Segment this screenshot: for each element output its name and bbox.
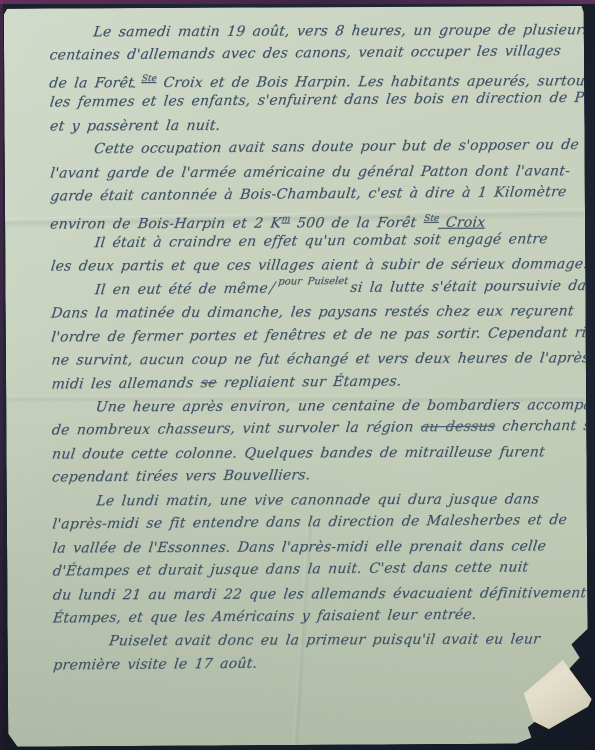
manuscript-line: l'ordre de fermer portes et fenêtres et … <box>50 322 581 350</box>
manuscript-text: Il en eut été de même <box>94 280 269 298</box>
manuscript-line: cependant tirées vers Bouvelliers. <box>51 462 582 490</box>
manuscript-line: l'après-midi se fit entendre dans la dir… <box>51 509 582 537</box>
manuscript-text: Une heure après environ, une centaine de… <box>95 397 595 415</box>
manuscript-line: première visite le 17 août. <box>52 650 583 678</box>
manuscript-text: les deux partis et que ces villages aien… <box>50 257 589 275</box>
manuscript-lines: Le samedi matin 19 août, vers 8 heures, … <box>48 18 580 677</box>
manuscript-text: la vallée de l'Essonnes. Dans l'après-mi… <box>52 538 547 556</box>
manuscript-text: Ste <box>141 74 157 84</box>
manuscript-text: Le lundi matin, une vive canonnade qui d… <box>95 491 540 509</box>
inserted-word: pour Puiselet <box>269 276 349 288</box>
manuscript-text: Étampes, et que les Américains y faisaie… <box>52 607 477 627</box>
manuscript-text: de la Forêt <box>48 75 142 91</box>
manuscript-text: cherchant sans <box>494 418 595 435</box>
manuscript-text: Il était à craindre en effet qu'un comba… <box>94 231 549 251</box>
manuscript-text: de nombreux chasseurs, vint survoler la … <box>51 420 422 439</box>
manuscript-text: environ de Bois-Harpin et 2 K <box>49 215 282 232</box>
manuscript-line: centaines d'allemands avec des canons, v… <box>48 40 579 68</box>
manuscript-line: Étampes, et que les Américains y faisaie… <box>52 603 583 631</box>
manuscript-text: garde était cantonnée à Bois-Chambault, … <box>49 184 567 205</box>
manuscript-text: Ste <box>423 213 439 223</box>
struck-out-word: se <box>200 375 218 391</box>
manuscript-text: Puiselet avait donc eu la primeur puisqu… <box>108 632 541 650</box>
manuscript-text: l'ordre de fermer portes et fenêtres et … <box>50 324 595 345</box>
photo-backdrop: Le samedi matin 19 août, vers 8 heures, … <box>0 0 595 750</box>
manuscript-text: les femmes et les enfants, s'enfuirent d… <box>49 90 595 111</box>
manuscript-text: l'après-midi se fit entendre dans la dir… <box>51 512 567 533</box>
manuscript-line: garde était cantonnée à Bois-Chambault, … <box>49 181 580 209</box>
manuscript-page: Le samedi matin 19 août, vers 8 heures, … <box>4 5 588 747</box>
manuscript-text: Le samedi matin 19 août, vers 8 heures, … <box>92 22 591 40</box>
manuscript-text: d'Étampes et durait jusque dans la nuit.… <box>52 559 529 579</box>
manuscript-text: première visite le 17 août. <box>52 656 258 674</box>
manuscript-line: les femmes et les enfants, s'enfuirent d… <box>48 87 579 115</box>
manuscript-text: cependant tirées vers Bouvelliers. <box>51 468 311 486</box>
manuscript-line: Il en eut été de mêmepour Puiseletsi la … <box>50 275 581 303</box>
manuscript-line: midi les allemands se repliaient sur Éta… <box>50 368 581 396</box>
manuscript-text: nul doute cette colonne. Quelques bandes… <box>51 444 546 462</box>
manuscript-text: Cette occupation avait sans doute pour b… <box>93 136 595 157</box>
manuscript-text: si la lutte s'était poursuivie dans sa d… <box>349 277 595 296</box>
manuscript-text: repliaient sur Étampes. <box>216 373 403 391</box>
manuscript-text: midi les allemands <box>51 375 202 392</box>
manuscript-text: Dans la matinée du dimanche, les paysans… <box>50 303 574 321</box>
manuscript-line: Cette occupation avait sans doute pour b… <box>49 134 580 162</box>
manuscript-text: du lundi 21 au mardi 22 que les allemand… <box>52 585 587 603</box>
manuscript-text: et y passèrent la nuit. <box>49 117 221 134</box>
manuscript-line: de nombreux chasseurs, vint survoler la … <box>50 415 581 443</box>
manuscript-text: ne survint, aucun coup ne fut échangé et… <box>51 350 595 368</box>
manuscript-text: l'avant garde de l'armée américaine du g… <box>49 163 571 181</box>
manuscript-text: centaines d'allemands avec des canons, v… <box>49 43 562 63</box>
manuscript-line: d'Étampes et durait jusque dans la nuit.… <box>51 556 582 584</box>
struck-out-word: au dessus <box>420 419 496 436</box>
manuscript-line: Il était à craindre en effet qu'un comba… <box>49 228 580 256</box>
